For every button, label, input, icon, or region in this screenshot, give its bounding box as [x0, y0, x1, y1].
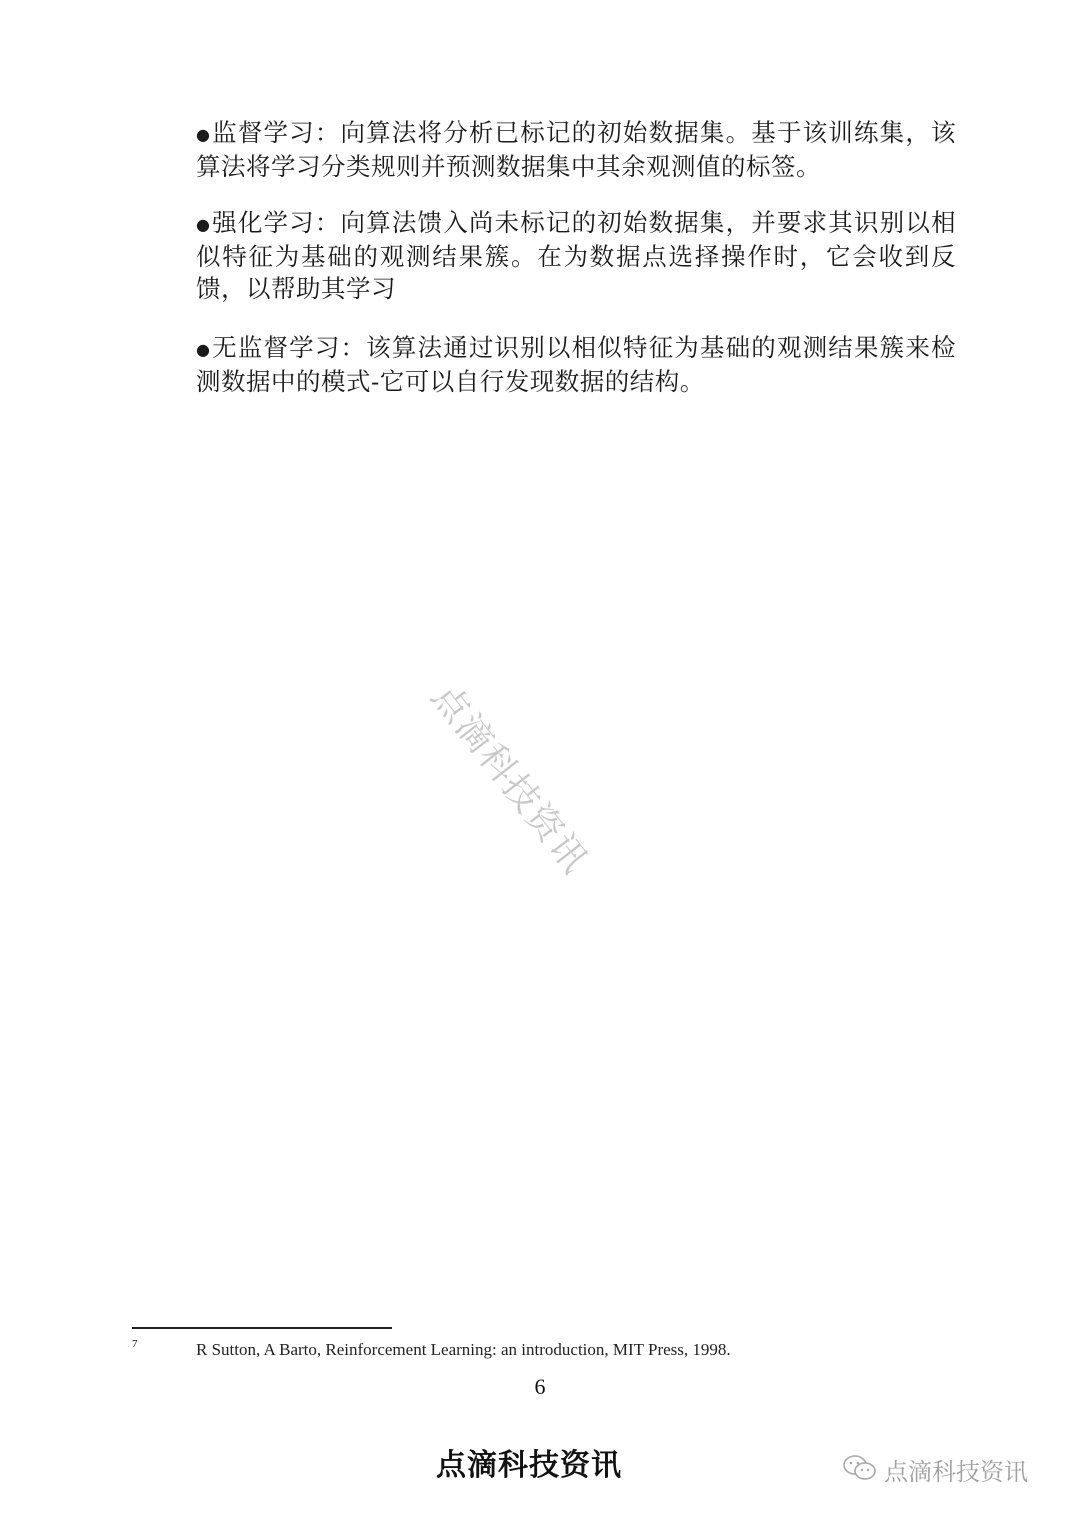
footnote-divider: [132, 1327, 392, 1329]
bullet-icon: ●: [196, 340, 211, 359]
footnote-marker: 7: [132, 1338, 138, 1350]
bullet-icon: ●: [196, 215, 211, 234]
wechat-account-name: 点滴科技资讯: [884, 1452, 1028, 1487]
footnote-text: R Sutton, A Barto, Reinforcement Learnin…: [196, 1340, 731, 1360]
paragraph-unsupervised-learning: ●无监督学习：该算法通过识别以相似特征为基础的观测结果簇来检测数据中的模式-它可…: [196, 332, 956, 398]
paragraph-text: 监督学习：向算法将分析已标记的初始数据集。基于该训练集，该算法将学习分类规则并预…: [196, 118, 956, 181]
page-number: 6: [0, 1374, 1080, 1400]
paragraph-supervised-learning: ●监督学习：向算法将分析已标记的初始数据集。基于该训练集，该算法将学习分类规则并…: [196, 117, 956, 183]
paragraph-text: 强化学习：向算法馈入尚未标记的初始数据集，并要求其识别以相似特征为基础的观测结果…: [196, 208, 956, 303]
paragraph-reinforcement-learning: ●强化学习：向算法馈入尚未标记的初始数据集，并要求其识别以相似特征为基础的观测结…: [196, 207, 956, 305]
bullet-icon: ●: [196, 125, 211, 144]
watermark: 点滴科技资讯: [422, 672, 603, 883]
wechat-attribution: 点滴科技资讯: [842, 1452, 1028, 1487]
paragraph-text: 无监督学习：该算法通过识别以相似特征为基础的观测结果簇来检测数据中的模式-它可以…: [196, 333, 956, 396]
footer-brand: 点滴科技资讯: [436, 1440, 622, 1484]
wechat-icon: [842, 1453, 878, 1487]
